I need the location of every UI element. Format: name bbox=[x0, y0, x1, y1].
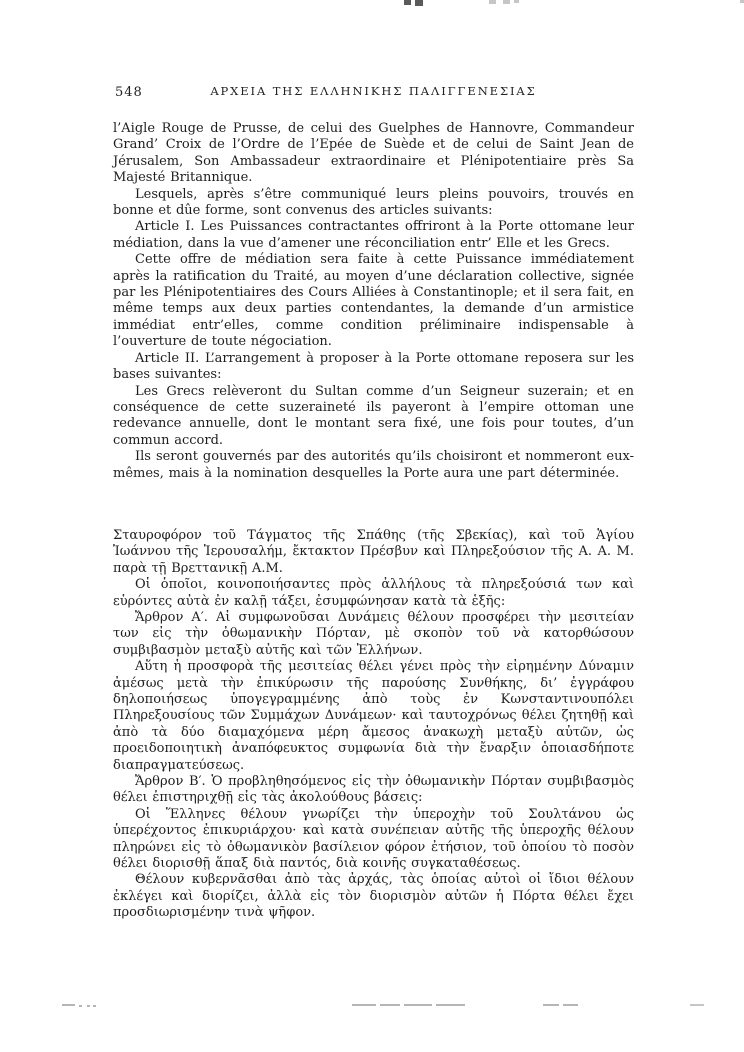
paragraph: Ἄρθρον Β′. Ὁ προβληθησόμενος εἰς τὴν ὀθω… bbox=[113, 774, 634, 807]
greek-translation-section: Σταυροφόρον τοῦ Τάγματος τῆς Σπάθης (τῆς… bbox=[113, 528, 634, 922]
scan-artifact bbox=[404, 0, 411, 5]
scan-artifact bbox=[93, 1005, 96, 1007]
french-treaty-section: l’Aigle Rouge de Prusse, de celui des Gu… bbox=[113, 121, 634, 482]
paragraph: Οἱ Ἕλληνες θέλουν γνωρίζει τὴν ὑπεροχὴν … bbox=[113, 807, 634, 873]
paragraph: Οἱ ὁποῖοι, κοινοποιήσαντες πρὸς ἀλλήλους… bbox=[113, 577, 634, 610]
scan-artifact bbox=[740, 0, 744, 3]
paragraph: Article II. L’arrangement à proposer à l… bbox=[113, 351, 634, 384]
scan-artifact bbox=[690, 1004, 704, 1006]
paragraph: Article I. Les Puissances contractantes … bbox=[113, 219, 634, 252]
scan-artifact bbox=[415, 0, 423, 6]
page-body: l’Aigle Rouge de Prusse, de celui des Gu… bbox=[113, 121, 634, 922]
scan-artifact bbox=[380, 1004, 400, 1006]
paragraph: Lesquels, après s’être communiqué leurs … bbox=[113, 187, 634, 220]
paragraph: Cette offre de médiation sera faite à ce… bbox=[113, 252, 634, 350]
paragraph: Les Grecs relèveront du Sultan comme d’u… bbox=[113, 384, 634, 450]
page-header: 548 ΑΡΧΕΙΑ ΤΗΣ ΕΛΛΗΝΙΚΗΣ ΠΑΛΙΓΓΕΝΕΣΙΑΣ bbox=[113, 84, 634, 102]
scan-artifact bbox=[563, 1004, 578, 1006]
scan-artifact bbox=[489, 0, 496, 4]
paragraph: Ἄρθρον Α′. Αἱ συμφωνοῦσαι Δυνάμεις θέλου… bbox=[113, 610, 634, 659]
scan-artifact bbox=[352, 1004, 376, 1006]
document-page: 548 ΑΡΧΕΙΑ ΤΗΣ ΕΛΛΗΝΙΚΗΣ ΠΑΛΙΓΓΕΝΕΣΙΑΣ l… bbox=[0, 0, 744, 1052]
scan-artifact bbox=[543, 1004, 559, 1006]
scan-artifact bbox=[87, 1005, 90, 1007]
running-title: ΑΡΧΕΙΑ ΤΗΣ ΕΛΛΗΝΙΚΗΣ ΠΑΛΙΓΓΕΝΕΣΙΑΣ bbox=[113, 84, 634, 98]
paragraph: Σταυροφόρον τοῦ Τάγματος τῆς Σπάθης (τῆς… bbox=[113, 528, 634, 577]
page-number: 548 bbox=[115, 85, 143, 100]
scan-artifact bbox=[436, 1004, 465, 1006]
scan-artifact bbox=[62, 1004, 75, 1006]
paragraph: Αὕτη ἡ προσφορὰ τῆς μεσιτείας θέλει γένε… bbox=[113, 659, 634, 774]
scan-artifact bbox=[79, 1005, 82, 1007]
paragraph: Θέλουν κυβερνᾶσθαι ἀπὸ τὰς ἀρχάς, τὰς ὁπ… bbox=[113, 872, 634, 921]
scan-artifact bbox=[503, 0, 510, 4]
scan-artifact bbox=[514, 0, 519, 3]
scan-artifact bbox=[404, 1004, 432, 1006]
paragraph: l’Aigle Rouge de Prusse, de celui des Gu… bbox=[113, 121, 634, 187]
paragraph: Ils seront gouvernés par des autorités q… bbox=[113, 449, 634, 482]
